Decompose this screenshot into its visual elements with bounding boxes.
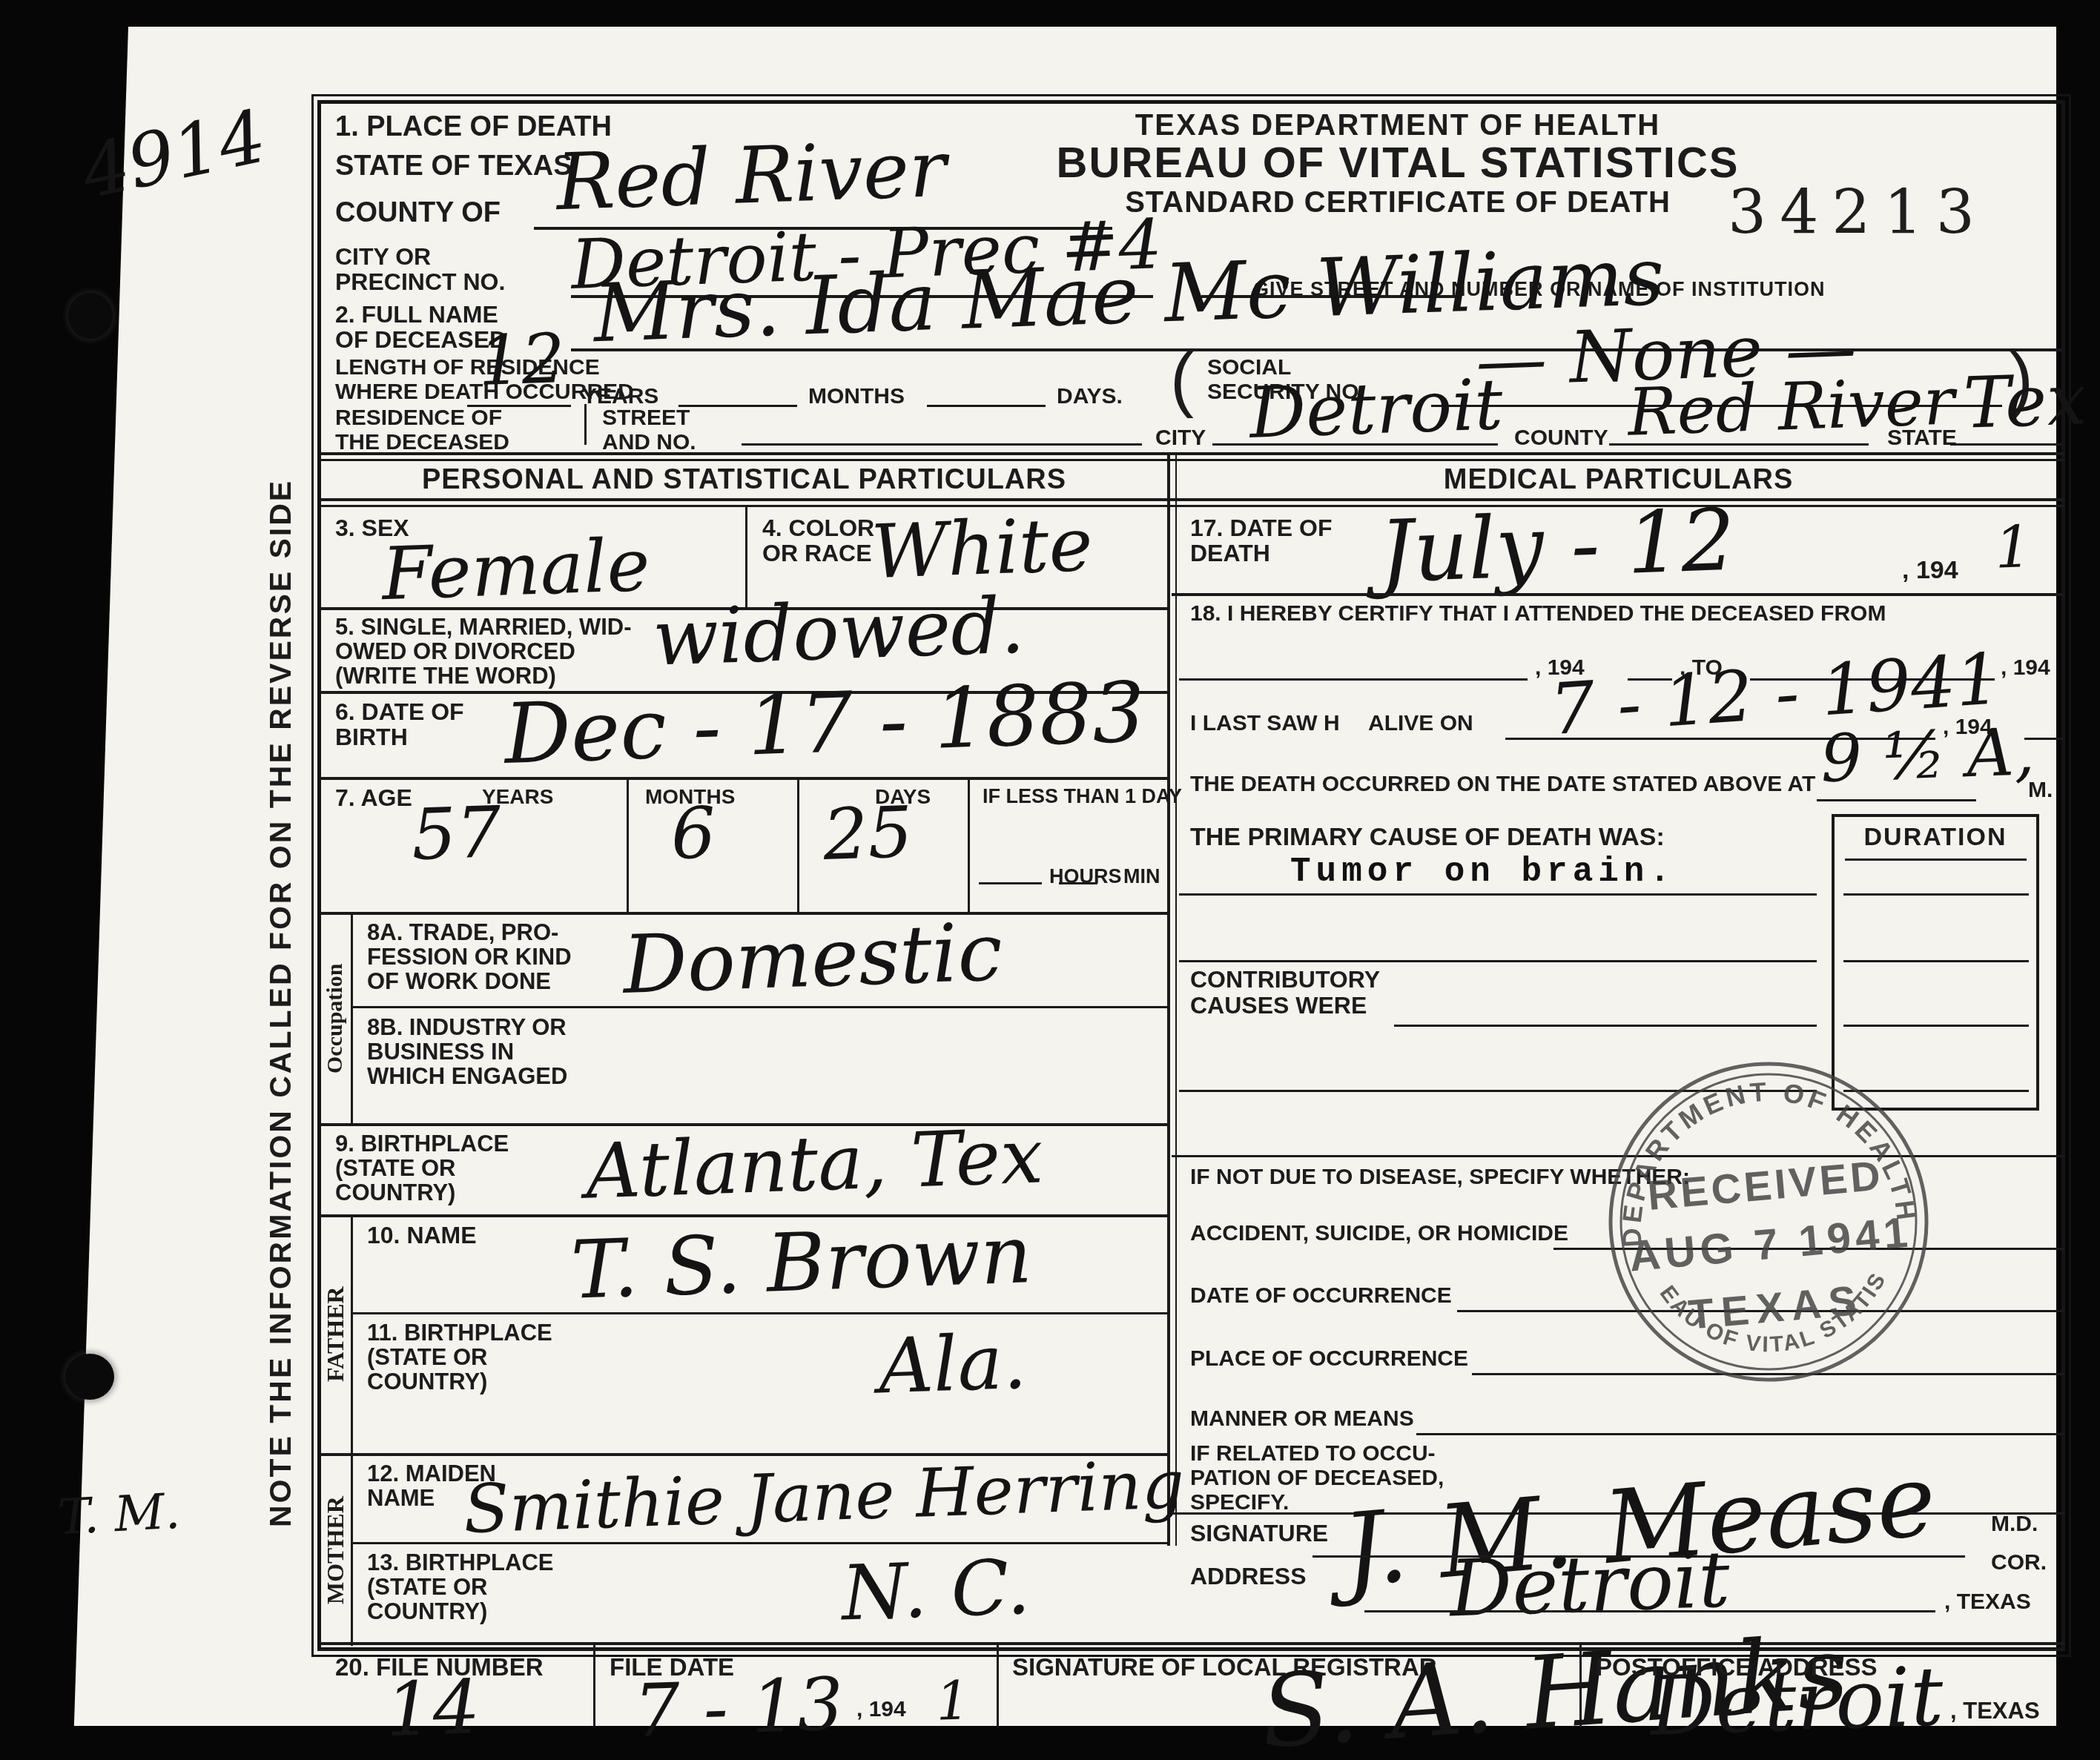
less-than-day-label: IF LESS THAN 1 DAY <box>983 786 1182 807</box>
physician-address-label: ADDRESS <box>1190 1564 1306 1589</box>
primary-cause-value: Tumor on brain. <box>1290 853 1675 891</box>
age-months-value: 6 <box>670 798 717 870</box>
paren-open: ( <box>1170 343 1194 417</box>
street-label-1: STREET <box>602 406 690 430</box>
hours-rule <box>979 882 1042 884</box>
age-divider <box>968 777 970 912</box>
county-field-label: COUNTY <box>1514 426 1608 450</box>
street-rule <box>742 443 1142 446</box>
state-field-label: STATE <box>1887 426 1957 450</box>
occupation-strip-divider <box>351 912 353 1123</box>
physician-texas-suffix: , TEXAS <box>1944 1590 2031 1614</box>
scanned-death-certificate: 4914 T. M. NOTE THE INFORMATION CALLED F… <box>0 0 2100 1760</box>
father-strip-divider <box>351 1214 353 1453</box>
duration-underline <box>1845 859 2027 861</box>
attended-year-2: , 194 <box>2001 656 2050 680</box>
days-label: DAYS. <box>1057 385 1123 408</box>
full-name-label-1: 2. FULL NAME <box>335 302 498 328</box>
certificate-number: 34213 <box>1728 178 1988 248</box>
m-suffix: M. <box>2028 778 2053 802</box>
footer-divider-2 <box>997 1642 999 1727</box>
file-date-year-prefix: , 194 <box>856 1698 906 1721</box>
cause-rule-2 <box>1179 960 1817 962</box>
father-birthplace-label-1: 11. BIRTHPLACE <box>367 1321 552 1346</box>
duration-rule-3 <box>1843 1025 2029 1027</box>
mother-side-label: MOTHER <box>320 1455 351 1646</box>
clerk-initials: T. M. <box>56 1487 181 1543</box>
birthplace-label-1: 9. BIRTHPLACE <box>335 1132 509 1157</box>
residence-of-label-2: THE DECEASED <box>335 431 509 454</box>
father-birthplace-label-3: COUNTRY) <box>367 1370 487 1395</box>
contributory-label-2: CAUSES WERE <box>1190 993 1367 1019</box>
state-of-texas-label: STATE OF TEXAS <box>335 152 572 182</box>
city-field-rule <box>1212 443 1498 446</box>
last-saw-prefix: I LAST SAW H <box>1190 712 1340 735</box>
dod-year-value: 1 <box>1994 518 2033 578</box>
manner-rule <box>1416 1433 2065 1435</box>
dod-value: July - 12 <box>1378 498 1737 596</box>
related-label-3: SPECIFY. <box>1190 1491 1289 1515</box>
years-label: YEARS <box>582 385 658 408</box>
primary-cause-label: THE PRIMARY CAUSE OF DEATH WAS: <box>1190 824 1665 851</box>
state-field-rule <box>1950 443 2061 446</box>
months-rule <box>678 405 797 407</box>
months-label: MONTHS <box>808 385 905 408</box>
personal-section-title: PERSONAL AND STATISTICAL PARTICULARS <box>320 466 1169 495</box>
race-value: White <box>870 508 1094 589</box>
column-divider-2 <box>1175 452 1177 1546</box>
days-rule <box>927 405 1046 407</box>
trade-label-2: FESSION OR KIND <box>367 945 572 970</box>
dod-label-1: 17. DATE OF <box>1190 516 1332 541</box>
race-label-1: 4. COLOR <box>762 516 874 541</box>
row-rule <box>320 1214 1167 1217</box>
md-label: M.D. <box>1991 1512 2038 1536</box>
occurred-time-value: 9 ½ A, <box>1820 719 2036 792</box>
marital-label-3: (WRITE THE WORD) <box>335 664 556 689</box>
city-field-label: CITY <box>1155 426 1206 450</box>
residence-of-label-1: RESIDENCE OF <box>335 406 502 430</box>
race-label-2: OR RACE <box>762 541 872 566</box>
punch-hole <box>65 1354 114 1400</box>
department-title: TEXAS DEPARTMENT OF HEALTH <box>949 110 1846 141</box>
birthplace-label-3: COUNTRY) <box>335 1181 455 1205</box>
mother-birthplace-label-1: 13. BIRTHPLACE <box>367 1551 553 1575</box>
place-occurrence-label: PLACE OF OCCURRENCE <box>1190 1347 1468 1371</box>
marital-label-2: OWED OR DIVORCED <box>335 640 575 664</box>
cor-label: COR. <box>1991 1551 2047 1575</box>
age-divider <box>797 777 799 912</box>
physician-signature-label: SIGNATURE <box>1190 1521 1328 1546</box>
father-name-label: 10. NAME <box>367 1223 477 1248</box>
row-rule <box>351 1006 1167 1008</box>
age-label: 7. AGE <box>335 786 412 811</box>
last-saw-suffix: ALIVE ON <box>1368 712 1473 735</box>
duration-rule-2 <box>1843 960 2029 962</box>
occurred-text: THE DEATH OCCURRED ON THE DATE STATED AB… <box>1190 773 1815 796</box>
precinct-no-label: PRECINCT NO. <box>335 270 505 295</box>
section-band-top <box>320 452 2065 461</box>
city-field-value: Detroit <box>1248 370 1504 449</box>
mother-birthplace-label-3: COUNTRY) <box>367 1600 487 1624</box>
county-of-label: COUNTY OF <box>335 199 501 228</box>
punch-hole <box>68 293 113 339</box>
time-rule <box>1817 799 1976 801</box>
row-rule <box>1172 593 2065 596</box>
postoffice-texas-suffix: , TEXAS <box>1950 1699 2040 1724</box>
file-date-value: 7 - 13 <box>633 1668 845 1748</box>
footer-divider-1 <box>593 1642 595 1727</box>
mother-strip-divider <box>351 1453 353 1646</box>
manner-label: MANNER OR MEANS <box>1190 1407 1414 1431</box>
dod-year-prefix: , 194 <box>1902 558 1958 584</box>
related-label-1: IF RELATED TO OCCU- <box>1190 1442 1436 1466</box>
contributory-rule <box>1394 1025 1817 1027</box>
physician-address-rule <box>1364 1610 1935 1612</box>
county-value: Red River <box>555 130 947 222</box>
birthplace-label-2: (STATE OR <box>335 1157 455 1181</box>
duration-rule-1 <box>1843 893 2029 896</box>
section-band-bottom <box>320 498 2065 507</box>
trade-label-3: OF WORK DONE <box>367 970 551 994</box>
father-birthplace-value: Ala. <box>877 1325 1028 1406</box>
industry-label-3: WHICH ENGAGED <box>367 1065 567 1089</box>
trade-value: Domestic <box>621 913 1003 1006</box>
received-stamp: DEPARTMENT OF HEALTH BUREAU OF VITAL STA… <box>1576 1029 1961 1415</box>
accident-label: ACCIDENT, SUICIDE, OR HOMICIDE <box>1190 1222 1568 1245</box>
occupation-side-label: Occupation <box>320 913 351 1123</box>
dob-label-2: BIRTH <box>335 725 408 750</box>
date-occurrence-label: DATE OF OCCURRENCE <box>1190 1284 1452 1308</box>
min-rule <box>1059 882 1097 884</box>
city-or-label: CITY OR <box>335 245 431 270</box>
row-rule <box>320 777 1167 780</box>
county-field-rule <box>1609 443 1869 446</box>
age-days-value: 25 <box>822 798 914 871</box>
attended-from-rule <box>1179 678 1528 681</box>
street-label-2: AND NO. <box>602 431 696 454</box>
row-rule <box>351 1542 1167 1544</box>
medical-section-title: MEDICAL PARTICULARS <box>1172 466 2065 495</box>
age-divider <box>627 777 629 912</box>
industry-label-1: 8B. INDUSTRY OR <box>367 1016 567 1040</box>
age-years-value: 57 <box>410 798 502 871</box>
father-birthplace-label-2: (STATE OR <box>367 1346 487 1370</box>
reverse-side-note: NOTE THE INFORMATION CALLED FOR ON THE R… <box>256 508 305 1498</box>
row-rule <box>351 1312 1167 1314</box>
mother-birthplace-value: N. C. <box>840 1550 1031 1632</box>
file-date-year-value: 1 <box>935 1673 971 1728</box>
residence-divider <box>584 404 587 445</box>
dob-value: Dec - 17 - 1883 <box>503 671 1146 776</box>
dod-label-2: DEATH <box>1190 541 1270 566</box>
sex-value: Female <box>380 529 651 612</box>
min-label: MIN <box>1123 866 1160 887</box>
certify-text: 18. I HEREBY CERTIFY THAT I ATTENDED THE… <box>1190 602 1886 626</box>
file-number-value: 14 <box>384 1670 481 1747</box>
postoffice-value: Detroit <box>1648 1655 1944 1747</box>
bureau-title: BUREAU OF VITAL STATISTICS <box>949 141 1846 186</box>
contributory-label-1: CONTRIBUTORY <box>1190 967 1380 993</box>
physician-address-value: Detroit <box>1448 1541 1731 1628</box>
duration-label: DURATION <box>1832 824 2039 851</box>
state-field-value: Tex <box>1962 365 2087 440</box>
father-side-label: FATHER <box>320 1216 351 1453</box>
cause-rule-1 <box>1179 893 1817 896</box>
marital-value: widowed. <box>651 586 1026 676</box>
father-name-value: T. S. Brown <box>569 1215 1033 1311</box>
column-divider <box>1167 452 1170 1546</box>
related-label-2: PATION OF DECEASED, <box>1190 1466 1444 1490</box>
residence-years-value: 12 <box>477 325 566 396</box>
birthplace-value: Atlanta, Tex <box>584 1119 1044 1210</box>
trade-label-1: 8A. TRADE, PRO- <box>367 921 558 945</box>
mother-birthplace-label-2: (STATE OR <box>367 1575 487 1600</box>
industry-label-2: BUSINESS IN <box>367 1040 514 1065</box>
marital-label-1: 5. SINGLE, MARRIED, WID- <box>335 615 632 640</box>
stamp-received: RECEIVED <box>1645 1151 1885 1219</box>
dob-label-1: 6. DATE OF <box>335 700 464 725</box>
maiden-label-2: NAME <box>367 1486 435 1511</box>
